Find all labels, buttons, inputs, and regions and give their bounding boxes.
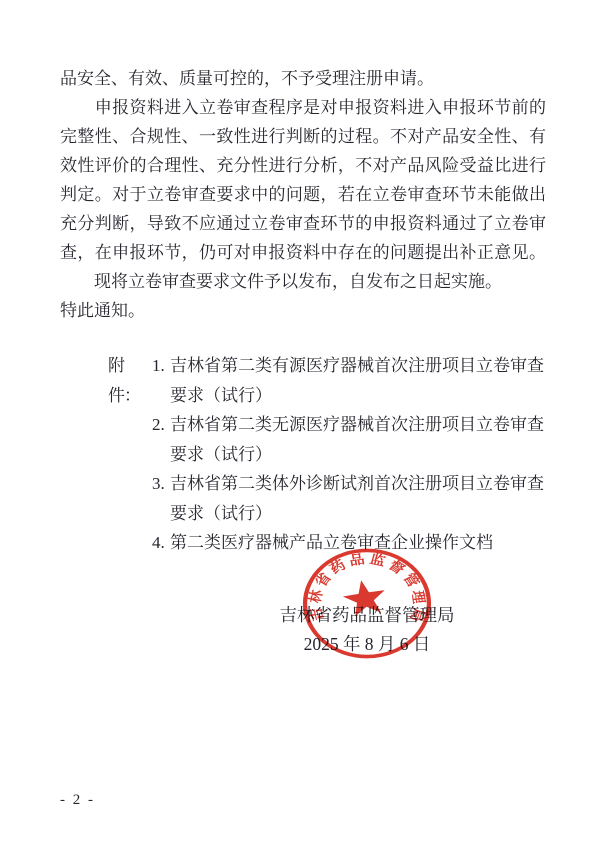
- attachment-item: 1.吉林省第二类有源医疗器械首次注册项目立卷审查 要求（试行）: [152, 351, 548, 410]
- official-seal-icon: 吉林省药品监督管理局: [301, 547, 433, 660]
- body-line: 充分判断，导致不应通过立卷审查环节的申报资料通过了立卷审: [60, 209, 546, 238]
- body-line: 完整性、合规性、一致性进行判断的过程。不对产品安全性、有: [60, 122, 546, 151]
- attachment-number: 4.: [152, 528, 170, 558]
- body-line: 申报资料进入立卷审查程序是对申报资料进入申报环节前的: [60, 93, 546, 122]
- seal-star-icon: [343, 580, 385, 616]
- attachment-number: 3.: [152, 469, 170, 499]
- attachment-title: 吉林省第二类有源医疗器械首次注册项目立卷审查: [170, 356, 544, 375]
- document-page: 品安全、有效、质量可控的，不予受理注册申请。 申报资料进入立卷审查程序是对申报资…: [0, 0, 605, 849]
- notice-body: 品安全、有效、质量可控的，不予受理注册申请。 申报资料进入立卷审查程序是对申报资…: [60, 64, 546, 325]
- attachment-list: 附件： 1.吉林省第二类有源医疗器械首次注册项目立卷审查 要求（试行） 2.吉林…: [108, 351, 548, 558]
- page-number: - 2 -: [60, 792, 95, 809]
- attachment-label: 附件：: [108, 351, 152, 410]
- body-line: 判定。对于立卷审查要求中的问题，若在立卷审查环节未能做出: [60, 180, 546, 209]
- attachment-number: 2.: [152, 410, 170, 440]
- attachment-title: 吉林省第二类体外诊断试剂首次注册项目立卷审查: [170, 474, 544, 493]
- attachment-number: 1.: [152, 351, 170, 381]
- body-line: 效性评价的合理性、充分性进行分析，不对产品风险受益比进行: [60, 151, 546, 180]
- body-line: 品安全、有效、质量可控的，不予受理注册申请。: [60, 64, 546, 93]
- attachment-title: 吉林省第二类无源医疗器械首次注册项目立卷审查: [170, 415, 544, 434]
- attachment-title-cont: 要求（试行）: [170, 499, 548, 529]
- body-line: 查，在申报环节，仍可对申报资料中存在的问题提出补正意见。: [60, 238, 546, 267]
- body-line: 特此通知。: [60, 296, 546, 325]
- body-line: 现将立卷审查要求文件予以发布，自发布之日起实施。: [60, 267, 546, 296]
- attachment-title-cont: 要求（试行）: [170, 381, 548, 411]
- attachment-title-cont: 要求（试行）: [170, 440, 548, 470]
- attachment-item: 2.吉林省第二类无源医疗器械首次注册项目立卷审查 要求（试行）: [152, 410, 548, 469]
- attachment-item: 3.吉林省第二类体外诊断试剂首次注册项目立卷审查 要求（试行）: [152, 469, 548, 528]
